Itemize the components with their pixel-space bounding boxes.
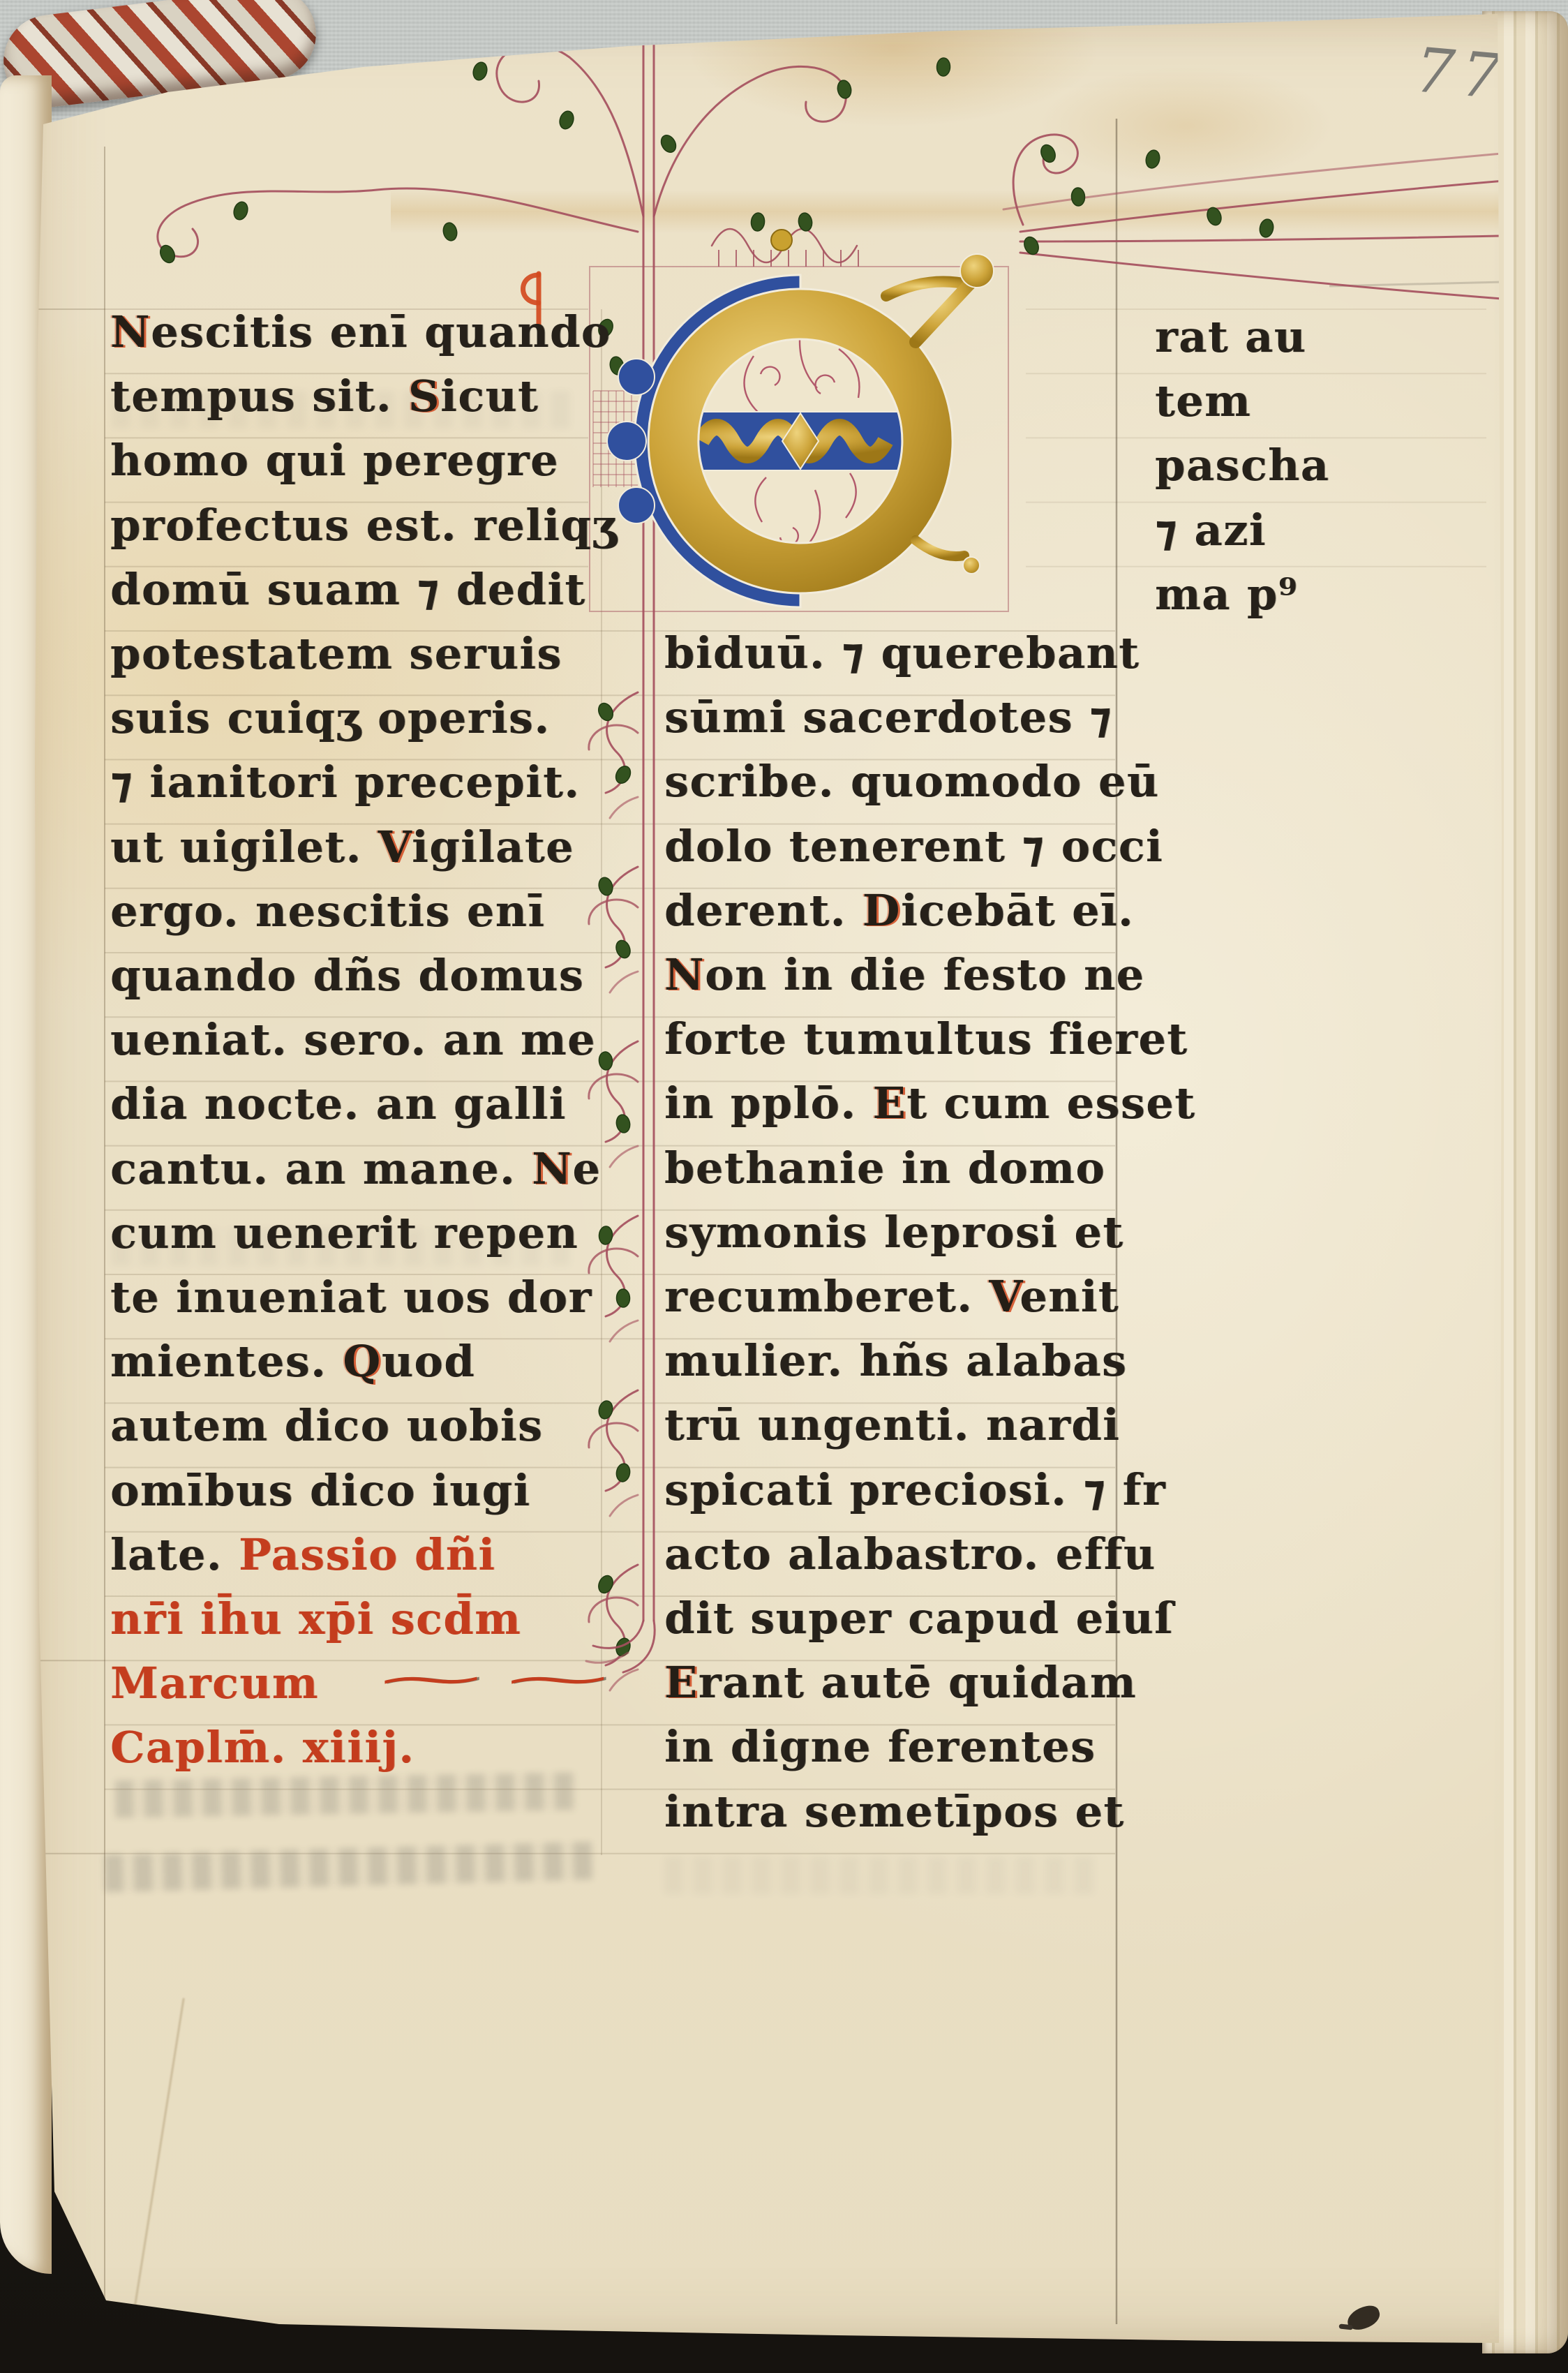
leaf-dot — [232, 200, 250, 221]
text-line: late. Passio dñi — [110, 1533, 495, 1577]
leaf-dot — [836, 79, 853, 99]
text-line: tempus sit. Sicut — [110, 375, 539, 418]
body-text: enit — [1020, 1271, 1119, 1322]
penwork-flourish — [610, 797, 638, 818]
text-line: homo qui peregre — [110, 439, 559, 482]
body-text: tem — [1155, 375, 1251, 426]
body-text: ut uigilet. — [110, 821, 378, 872]
body-text: escitis enī quando — [151, 306, 611, 357]
body-text: cantu. an mane. — [110, 1143, 532, 1194]
body-text: quando dñs domus — [110, 950, 584, 1001]
text-line: ma p⁹ — [1155, 573, 1298, 616]
leaf-dot — [615, 1113, 632, 1133]
penwork-flourish — [610, 1146, 638, 1167]
text-line: bethanie in domo — [664, 1147, 1105, 1190]
text-line: te inueniat uos dor — [110, 1276, 592, 1319]
body-text: te inueniat uos dor — [110, 1272, 592, 1323]
text-line: Erant autē quidam — [664, 1661, 1137, 1704]
text-line: quando dñs domus — [110, 954, 584, 997]
text-line: rat au — [1155, 315, 1306, 359]
text-line: ergo. nescitis enī — [110, 890, 545, 933]
text-line: recumberet. Venit — [664, 1275, 1119, 1318]
initial-gold-ball — [960, 254, 994, 288]
penwork-flourish — [589, 1074, 638, 1099]
text-line: derent. Dicebāt eī. — [664, 889, 1134, 932]
body-text: cum uenerit repen — [110, 1207, 578, 1258]
body-text: sūmi sacerdotes ⁊ — [664, 692, 1112, 743]
leaf-dot — [1258, 218, 1275, 238]
body-text: mientes. — [110, 1336, 343, 1387]
leaf-dot — [599, 1226, 613, 1244]
text-line: spicati preciosi. ⁊ fr — [664, 1468, 1166, 1512]
body-text: spicati preciosi. ⁊ fr — [664, 1464, 1166, 1515]
body-text: tempus sit. — [110, 371, 408, 422]
body-text: homo qui peregre — [110, 435, 559, 486]
text-line: ut uigilet. Vigilate — [110, 826, 574, 869]
text-line: acto alabastro. effu — [664, 1533, 1156, 1576]
leaf-dot — [750, 212, 766, 232]
body-text: on in die festo ne — [705, 949, 1144, 1000]
leaf-dot — [616, 1289, 629, 1307]
body-text: acto alabastro. effu — [664, 1528, 1156, 1579]
penwork-flourish — [158, 188, 638, 257]
text-line: ueniat. sero. an me — [110, 1018, 596, 1062]
penwork-flourish — [1020, 253, 1539, 302]
body-text: profectus est. reliqʒ — [110, 500, 618, 551]
body-text: icebāt eī. — [901, 885, 1134, 936]
text-line: intra semetīpos et — [664, 1790, 1125, 1833]
leaf-dot — [442, 221, 458, 242]
body-text: V — [378, 821, 412, 872]
body-text: ergo. nescitis enī — [110, 886, 545, 937]
text-line: forte tumultus fieret — [664, 1018, 1188, 1061]
penwork-flourish — [1020, 176, 1565, 232]
folio-number: 77 — [1412, 39, 1509, 108]
leaf-dot — [596, 701, 615, 723]
rubric-text: Passio dñi — [239, 1529, 495, 1580]
text-line: nr̄i ih̄u xp̄i scd̄m — [110, 1598, 521, 1641]
leaf-dot — [613, 764, 633, 786]
text-line: ⁊ azi — [1155, 509, 1267, 552]
text-line: domū suam ⁊ dedit — [110, 568, 586, 611]
text-line: dolo tenerent ⁊ occi — [664, 825, 1163, 868]
text-line: cum uenerit repen — [110, 1212, 578, 1255]
text-line: Nescitis enī quando — [110, 311, 611, 354]
body-text: e — [572, 1143, 601, 1194]
text-line: biduū. ⁊ querebant — [664, 632, 1140, 675]
body-text: dolo tenerent ⁊ occi — [664, 821, 1163, 872]
text-line: tem — [1155, 380, 1251, 423]
body-text: biduū. ⁊ querebant — [664, 627, 1140, 678]
body-text: ma p⁹ — [1155, 569, 1298, 620]
text-line: Non in die festo ne — [664, 953, 1144, 997]
rubric-text: ~~ — [319, 1658, 623, 1701]
text-line: cantu. an mane. Ne — [110, 1147, 601, 1191]
text-line: trū ungenti. nardi — [664, 1404, 1120, 1447]
text-line: dit super capud eiuſ — [664, 1597, 1174, 1640]
penwork-flourish — [654, 66, 846, 216]
penwork-flourish — [497, 45, 643, 216]
initial-letter-E: E — [586, 237, 1019, 628]
body-text: V — [989, 1271, 1020, 1322]
body-text: rat au — [1155, 311, 1306, 362]
body-text: recumberet. — [664, 1271, 989, 1322]
body-text: ⁊ azi — [1155, 505, 1267, 556]
body-text: bethanie in domo — [664, 1143, 1105, 1193]
body-text: D — [863, 885, 901, 936]
text-line: mulier. hñs alabas — [664, 1339, 1127, 1383]
leaf-dot — [598, 1051, 613, 1071]
leaf-dot — [613, 938, 632, 960]
penwork-flourish — [589, 725, 638, 750]
text-line: in pplō. Et cum esset — [664, 1082, 1195, 1125]
body-text: suis cuiqʒ operis. — [110, 692, 550, 743]
body-text: dit super capud eiuſ — [664, 1593, 1174, 1644]
text-line: in digne ferentes — [664, 1725, 1096, 1769]
body-text: uod — [382, 1336, 475, 1387]
text-line: mientes. Quod — [110, 1340, 475, 1383]
body-text: pascha — [1155, 440, 1329, 491]
text-line: potestatem seruis — [110, 632, 562, 676]
leaf-dot — [658, 133, 678, 155]
body-text: E — [873, 1078, 907, 1129]
rubric-text: Marcum — [110, 1658, 319, 1709]
text-line: profectus est. reliqʒ — [110, 504, 618, 547]
body-text: scribe. quomodo eū — [664, 756, 1159, 807]
body-text: t cum esset — [906, 1078, 1195, 1129]
body-text: in digne ferentes — [664, 1721, 1096, 1772]
body-text: S — [408, 371, 440, 422]
body-text: in pplō. — [664, 1078, 873, 1129]
penwork-flourish — [589, 900, 638, 924]
body-text: ⁊ ianitori precepit. — [110, 757, 580, 808]
text-line: pascha — [1155, 444, 1329, 487]
leaf-dot — [1038, 142, 1058, 164]
penwork-flourish — [610, 972, 638, 992]
leaf-dot — [936, 58, 950, 77]
body-text: symonis leprosi et — [664, 1207, 1124, 1258]
penwork-flourish — [1020, 235, 1565, 241]
body-text: N — [532, 1143, 572, 1194]
leaf-dot — [1144, 149, 1162, 170]
body-text: derent. — [664, 885, 863, 936]
manuscript-page: E Nescitis enī quandotempus sit. Sicutho… — [0, 0, 1568, 2373]
body-text: forte tumultus fieret — [664, 1013, 1188, 1064]
penwork-flourish — [589, 1423, 638, 1448]
rubric-text: nr̄i ih̄u xp̄i scd̄m — [110, 1593, 521, 1644]
body-text: igilate — [412, 821, 574, 872]
leaf-dot — [558, 110, 576, 131]
body-text: rant autē quidam — [699, 1657, 1137, 1708]
body-text: trū ungenti. nardi — [664, 1399, 1120, 1450]
body-text: N — [664, 949, 705, 1000]
text-line: sūmi sacerdotes ⁊ — [664, 696, 1112, 739]
body-text: Q — [343, 1336, 382, 1387]
leaf-dot — [596, 1573, 615, 1595]
body-text: N — [110, 306, 151, 357]
penwork-flourish — [589, 1598, 638, 1622]
body-text: ueniat. sero. an me — [110, 1014, 596, 1065]
body-text: mulier. hñs alabas — [664, 1335, 1127, 1386]
body-text: omībus dico iugi — [110, 1465, 531, 1516]
text-line: Marcum ~~ — [110, 1662, 408, 1705]
body-text: dia nocte. an galli — [110, 1078, 567, 1129]
penwork-flourish — [589, 1249, 638, 1273]
leaf-dot — [597, 876, 614, 897]
text-line: dia nocte. an galli — [110, 1083, 567, 1126]
body-text: autem dico uobis — [110, 1400, 543, 1451]
text-line: scribe. quomodo eū — [664, 760, 1159, 803]
text-line: symonis leprosi et — [664, 1211, 1124, 1254]
rubric-text: Caplm̄. xiiij. — [110, 1722, 415, 1773]
text-line: ⁊ ianitori precepit. — [110, 761, 580, 804]
body-text: icut — [440, 371, 539, 422]
body-text: intra semetīpos et — [664, 1786, 1125, 1837]
penwork-flourish — [610, 1495, 638, 1516]
leaf-dot — [615, 1463, 632, 1483]
body-text: potestatem seruis — [110, 628, 562, 679]
leaf-dot — [471, 61, 488, 82]
text-line: autem dico uobis — [110, 1404, 543, 1448]
penwork-flourish — [1003, 148, 1565, 209]
text-line: omībus dico iugi — [110, 1469, 531, 1512]
body-text: domū suam ⁊ dedit — [110, 564, 586, 615]
text-line: Caplm̄. xiiij. — [110, 1726, 415, 1769]
leaf-dot — [1071, 188, 1085, 207]
body-text: E — [664, 1657, 699, 1708]
text-line: suis cuiqʒ operis. — [110, 697, 550, 740]
body-text: late. — [110, 1529, 239, 1580]
